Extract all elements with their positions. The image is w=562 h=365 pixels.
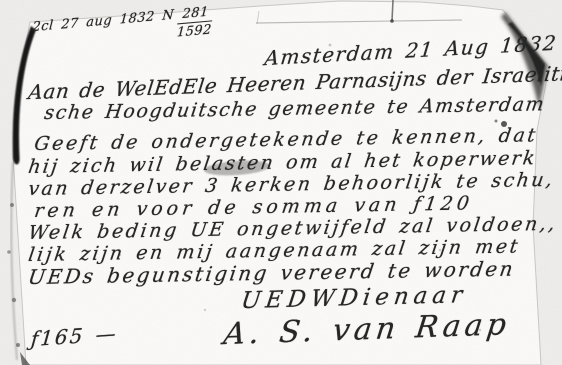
signature: A. S. van Raap [222, 307, 512, 352]
scanned-letter-page: 2cl 27 aug 1832 N2811592 Amsterdam 21 Au… [0, 0, 562, 365]
registry-fraction-denominator: 1592 [176, 21, 212, 40]
registry-annotation: 2cl 27 aug 1832 N2811592 [31, 4, 214, 53]
amount-note: ƒ165 — [30, 321, 119, 351]
registry-annotation-fraction: 2811592 [176, 4, 213, 40]
registry-annotation-prefix: 2cl 27 aug 1832 N [32, 8, 175, 36]
handwriting-layer: 2cl 27 aug 1832 N2811592 Amsterdam 21 Au… [0, 0, 562, 365]
